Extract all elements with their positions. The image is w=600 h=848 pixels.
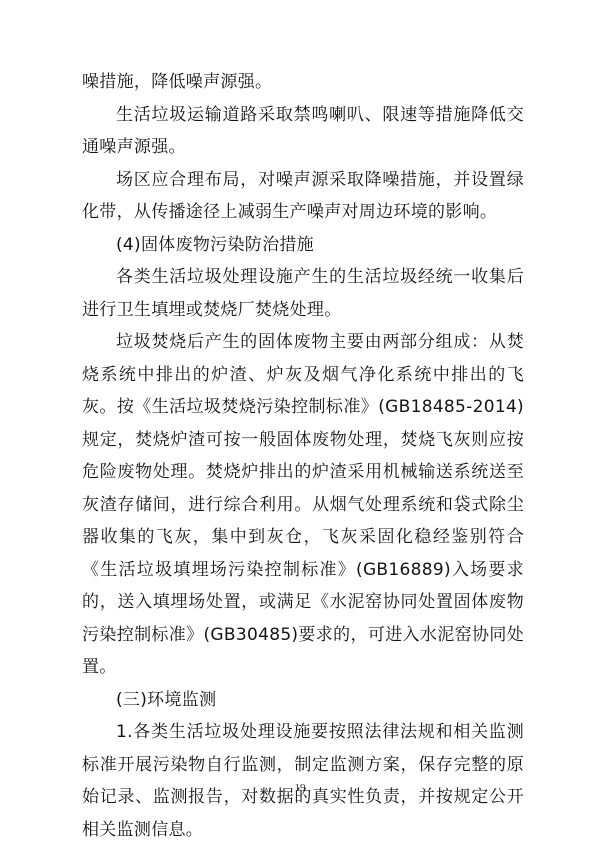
paragraph-traffic-noise: 生活垃圾运输道路采取禁鸣喇叭、限速等措施降低交通噪声源强。 (82, 99, 524, 164)
paragraph-continuation: 噪措施，降低噪声源强。 (82, 66, 524, 99)
paragraph-site-layout: 场区应合理布局，对噪声源采取降噪措施，并设置绿化带，从传播途径上减弱生产噪声对周… (82, 164, 524, 229)
paragraph-monitoring-1: 1.各类生活垃圾处理设施要按照法律法规和相关监测标准开展污染物自行监测，制定监测… (82, 716, 524, 846)
section-heading-monitoring: (三)环境监测 (82, 684, 524, 717)
paragraph-waste-collection: 各类生活垃圾处理设施产生的生活垃圾经统一收集后进行卫生填埋或焚烧厂焚烧处理。 (82, 261, 524, 326)
page-number: 19 (0, 782, 600, 794)
paragraph-incineration-residue: 垃圾焚烧后产生的固体废物主要由两部分组成：从焚烧系统中排出的炉渣、炉灰及烟气净化… (82, 326, 524, 684)
section-heading-solid-waste: (4)固体废物污染防治措施 (82, 229, 524, 262)
document-page: 噪措施，降低噪声源强。 生活垃圾运输道路采取禁鸣喇叭、限速等措施降低交通噪声源强… (0, 0, 600, 848)
page-body: 噪措施，降低噪声源强。 生活垃圾运输道路采取禁鸣喇叭、限速等措施降低交通噪声源强… (82, 66, 524, 846)
